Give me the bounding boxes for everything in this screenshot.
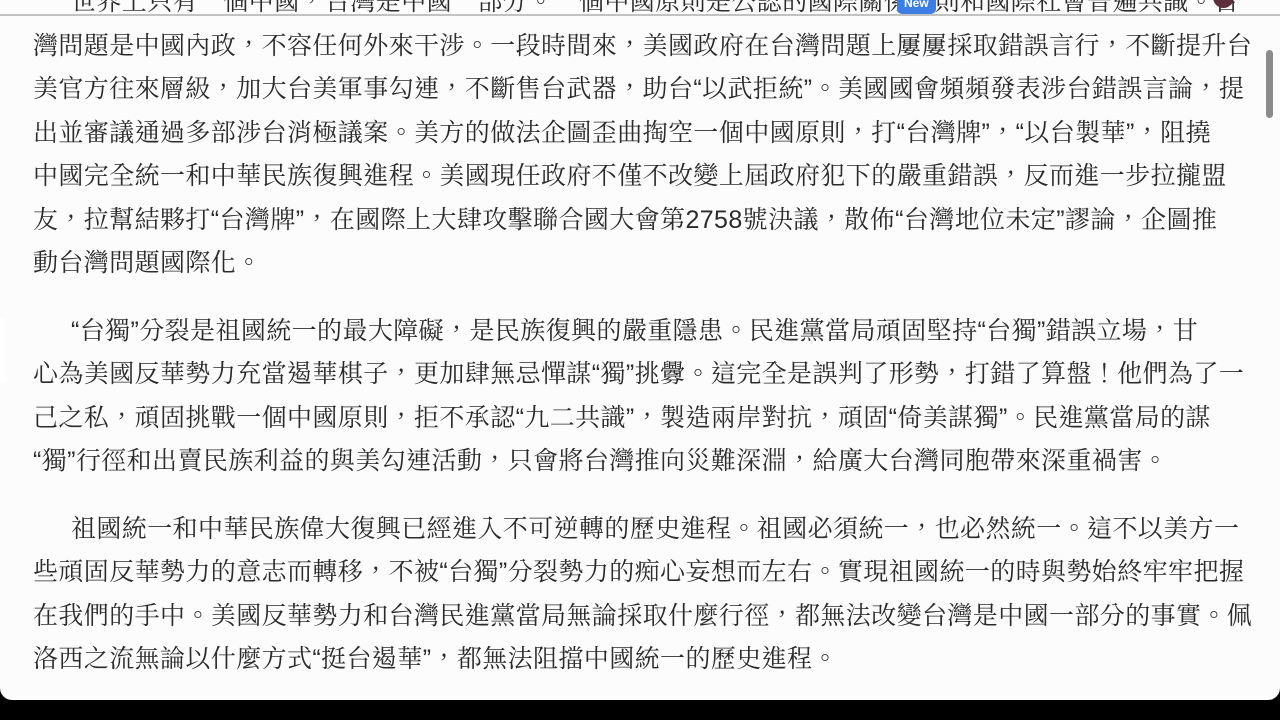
text-line: 祖國統一和中華民族偉大復興已經進入不可逆轉的歷史進程。祖國必須統一，也必然統一。…	[33, 508, 1249, 552]
letterbox-bottom-bar	[0, 700, 1280, 720]
header-divider	[0, 14, 1280, 16]
paragraph: 祖國統一和中華民族偉大復興已經進入不可逆轉的歷史進程。祖國必須統一，也必然統一。…	[33, 508, 1249, 682]
text-line: 出並審議通過多部涉台消極議案。美方的做法企圖歪曲掏空一個中國原則，打“台灣牌”，…	[33, 112, 1249, 156]
text-line: “台獨”分裂是祖國統一的最大障礙，是民族復興的嚴重隱患。民進黨當局頑固堅持“台獨…	[33, 310, 1249, 354]
paragraph: “台獨”分裂是祖國統一的最大障礙，是民族復興的嚴重隱患。民進黨當局頑固堅持“台獨…	[33, 310, 1249, 484]
new-badge: New	[897, 0, 936, 14]
text-line: 動台灣問題國際化。	[33, 242, 1249, 286]
video-frame: { "colors": { "page_bg": "#fcfcfc", "tex…	[0, 0, 1280, 720]
article-page: 世界上只有一個中國，台灣是中國一部分。一個中國原則是公認的國際關係準則和國際社會…	[0, 0, 1280, 700]
article-text: 世界上只有一個中國，台灣是中國一部分。一個中國原則是公認的國際關係準則和國際社會…	[33, 0, 1249, 682]
paragraph: 世界上只有一個中國，台灣是中國一部分。一個中國原則是公認的國際關係準則和國際社會…	[33, 0, 1249, 286]
text-line: 友，拉幫結夥打“台灣牌”，在國際上大肆攻擊聯合國大會第2758號決議，散佈“台灣…	[33, 199, 1249, 243]
scrollbar-thumb[interactable]	[1266, 50, 1273, 118]
text-line: 洛西之流無論以什麼方式“挺台遏華”，都無法阻擋中國統一的歷史進程。	[33, 638, 1249, 682]
header-mask	[0, 15, 1280, 32]
text-line: 美官方往來層級，加大台美軍事勾連，不斷售台武器，助台“以武拒統”。美國國會頻頻發…	[33, 68, 1249, 112]
text-line: 些頑固反華勢力的意志而轉移，不被“台獨”分裂勢力的痴心妄想而左右。實現祖國統一的…	[33, 551, 1249, 595]
left-edge-highlight	[0, 318, 6, 382]
text-line: 中國完全統一和中華民族復興進程。美國現任政府不僅不改變上屆政府犯下的嚴重錯誤，反…	[33, 155, 1249, 199]
text-line: “獨”行徑和出賣民族利益的與美勾連活動，只會將台灣推向災難深淵，給廣大台灣同胞帶…	[33, 440, 1249, 484]
text-line: 在我們的手中。美國反華勢力和台灣民進黨當局無論採取什麼行徑，都無法改變台灣是中國…	[33, 595, 1249, 639]
text-line: 己之私，頑固挑戰一個中國原則，拒不承認“九二共識”，製造兩岸對抗，頑固“倚美謀獨…	[33, 397, 1249, 441]
text-line: 心為美國反華勢力充當遏華棋子，更加肆無忌憚謀“獨”挑釁。這完全是誤判了形勢，打錯…	[33, 353, 1249, 397]
